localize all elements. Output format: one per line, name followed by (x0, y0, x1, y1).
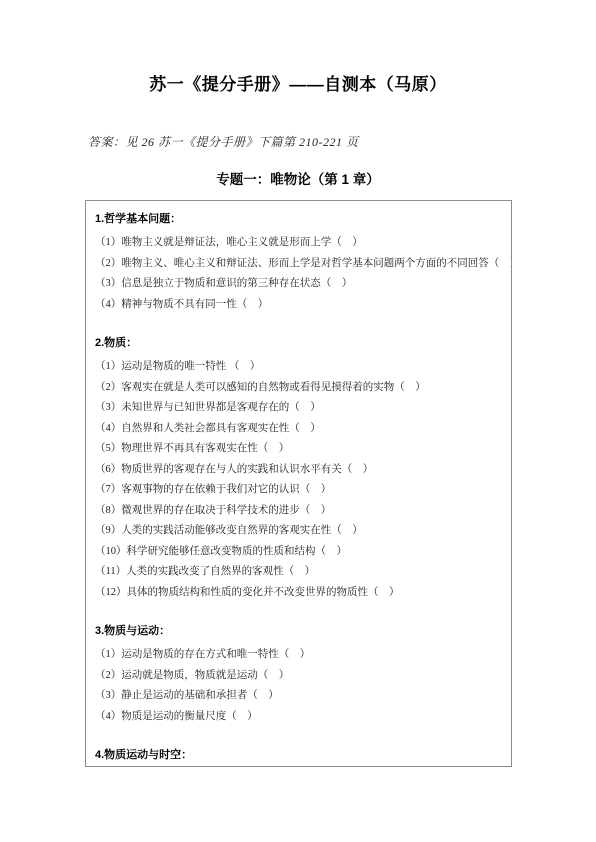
quiz-section: 1.哲学基本问题：（1）唯物主义就是辩证法，唯心主义就是形而上学（ ）（2）唯物… (95, 211, 501, 315)
question-item: （4）物质是运动的衡量尺度（ ） (95, 707, 501, 728)
quiz-section-heading: 2.物质： (95, 335, 501, 351)
question-item: （4）精神与物质不具有同一性（ ） (95, 295, 501, 316)
answer-reference-note: 答案：见 26 苏一《提分手册》下篇第 210-221 页 (88, 134, 596, 150)
quiz-section-heading: 1.哲学基本问题： (95, 211, 501, 227)
question-item: （9）人类的实践活动能够改变自然界的客观实在性（ ） (95, 521, 501, 542)
document-page: 苏一《提分手册》——自测本（马原） 答案：见 26 苏一《提分手册》下篇第 21… (0, 0, 596, 842)
question-item: （10）科学研究能够任意改变物质的性质和结构（ ） (95, 542, 501, 563)
quiz-section: 3.物质与运动：（1）运动是物质的存在方式和唯一特性（ ）（2）运动就是物质，物… (95, 623, 501, 727)
question-item: （2）客观实在就是人类可以感知的自然物或看得见摸得着的实物（ ） (95, 378, 501, 399)
topic-heading: 专题一：唯物论（第 1 章） (0, 171, 596, 189)
question-item: （3）静止是运动的基础和承担者（ ） (95, 686, 501, 707)
question-item: （3）未知世界与已知世界都是客观存在的（ ） (95, 398, 501, 419)
question-item: （6）物质世界的客观存在与人的实践和认识水平有关（ ） (95, 460, 501, 481)
question-item: （2）唯物主义、唯心主义和辩证法、形而上学是对哲学基本问题两个方面的不同回答（ … (95, 254, 501, 275)
quiz-section: 4.物质运动与时空： (95, 747, 501, 763)
quiz-section-heading: 3.物质与运动： (95, 623, 501, 639)
quiz-section-heading: 4.物质运动与时空： (95, 747, 501, 763)
question-item: （1）运动是物质的唯一特性 （ ） (95, 357, 501, 378)
question-item: （12）具体的物质结构和性质的变化并不改变世界的物质性（ ） (95, 583, 501, 604)
question-item: （5）物理世界不再具有客观实在性（ ） (95, 439, 501, 460)
question-item: （1）唯物主义就是辩证法，唯心主义就是形而上学（ ） (95, 233, 501, 254)
question-item: （2）运动就是物质，物质就是运动（ ） (95, 666, 501, 687)
question-item: （1）运动是物质的存在方式和唯一特性（ ） (95, 645, 501, 666)
question-item: （4）自然界和人类社会都具有客观实在性（ ） (95, 419, 501, 440)
question-item: （3）信息是独立于物质和意识的第三种存在状态（ ） (95, 274, 501, 295)
question-item: （8）微观世界的存在取决于科学技术的进步（ ） (95, 501, 501, 522)
document-title: 苏一《提分手册》——自测本（马原） (0, 0, 596, 96)
question-item: （11）人类的实践改变了自然界的客观性（ ） (95, 562, 501, 583)
quiz-section: 2.物质：（1）运动是物质的唯一特性 （ ）（2）客观实在就是人类可以感知的自然… (95, 335, 501, 603)
quiz-box: 1.哲学基本问题：（1）唯物主义就是辩证法，唯心主义就是形而上学（ ）（2）唯物… (85, 200, 512, 767)
question-item: （7）客观事物的存在依赖于我们对它的认识（ ） (95, 480, 501, 501)
